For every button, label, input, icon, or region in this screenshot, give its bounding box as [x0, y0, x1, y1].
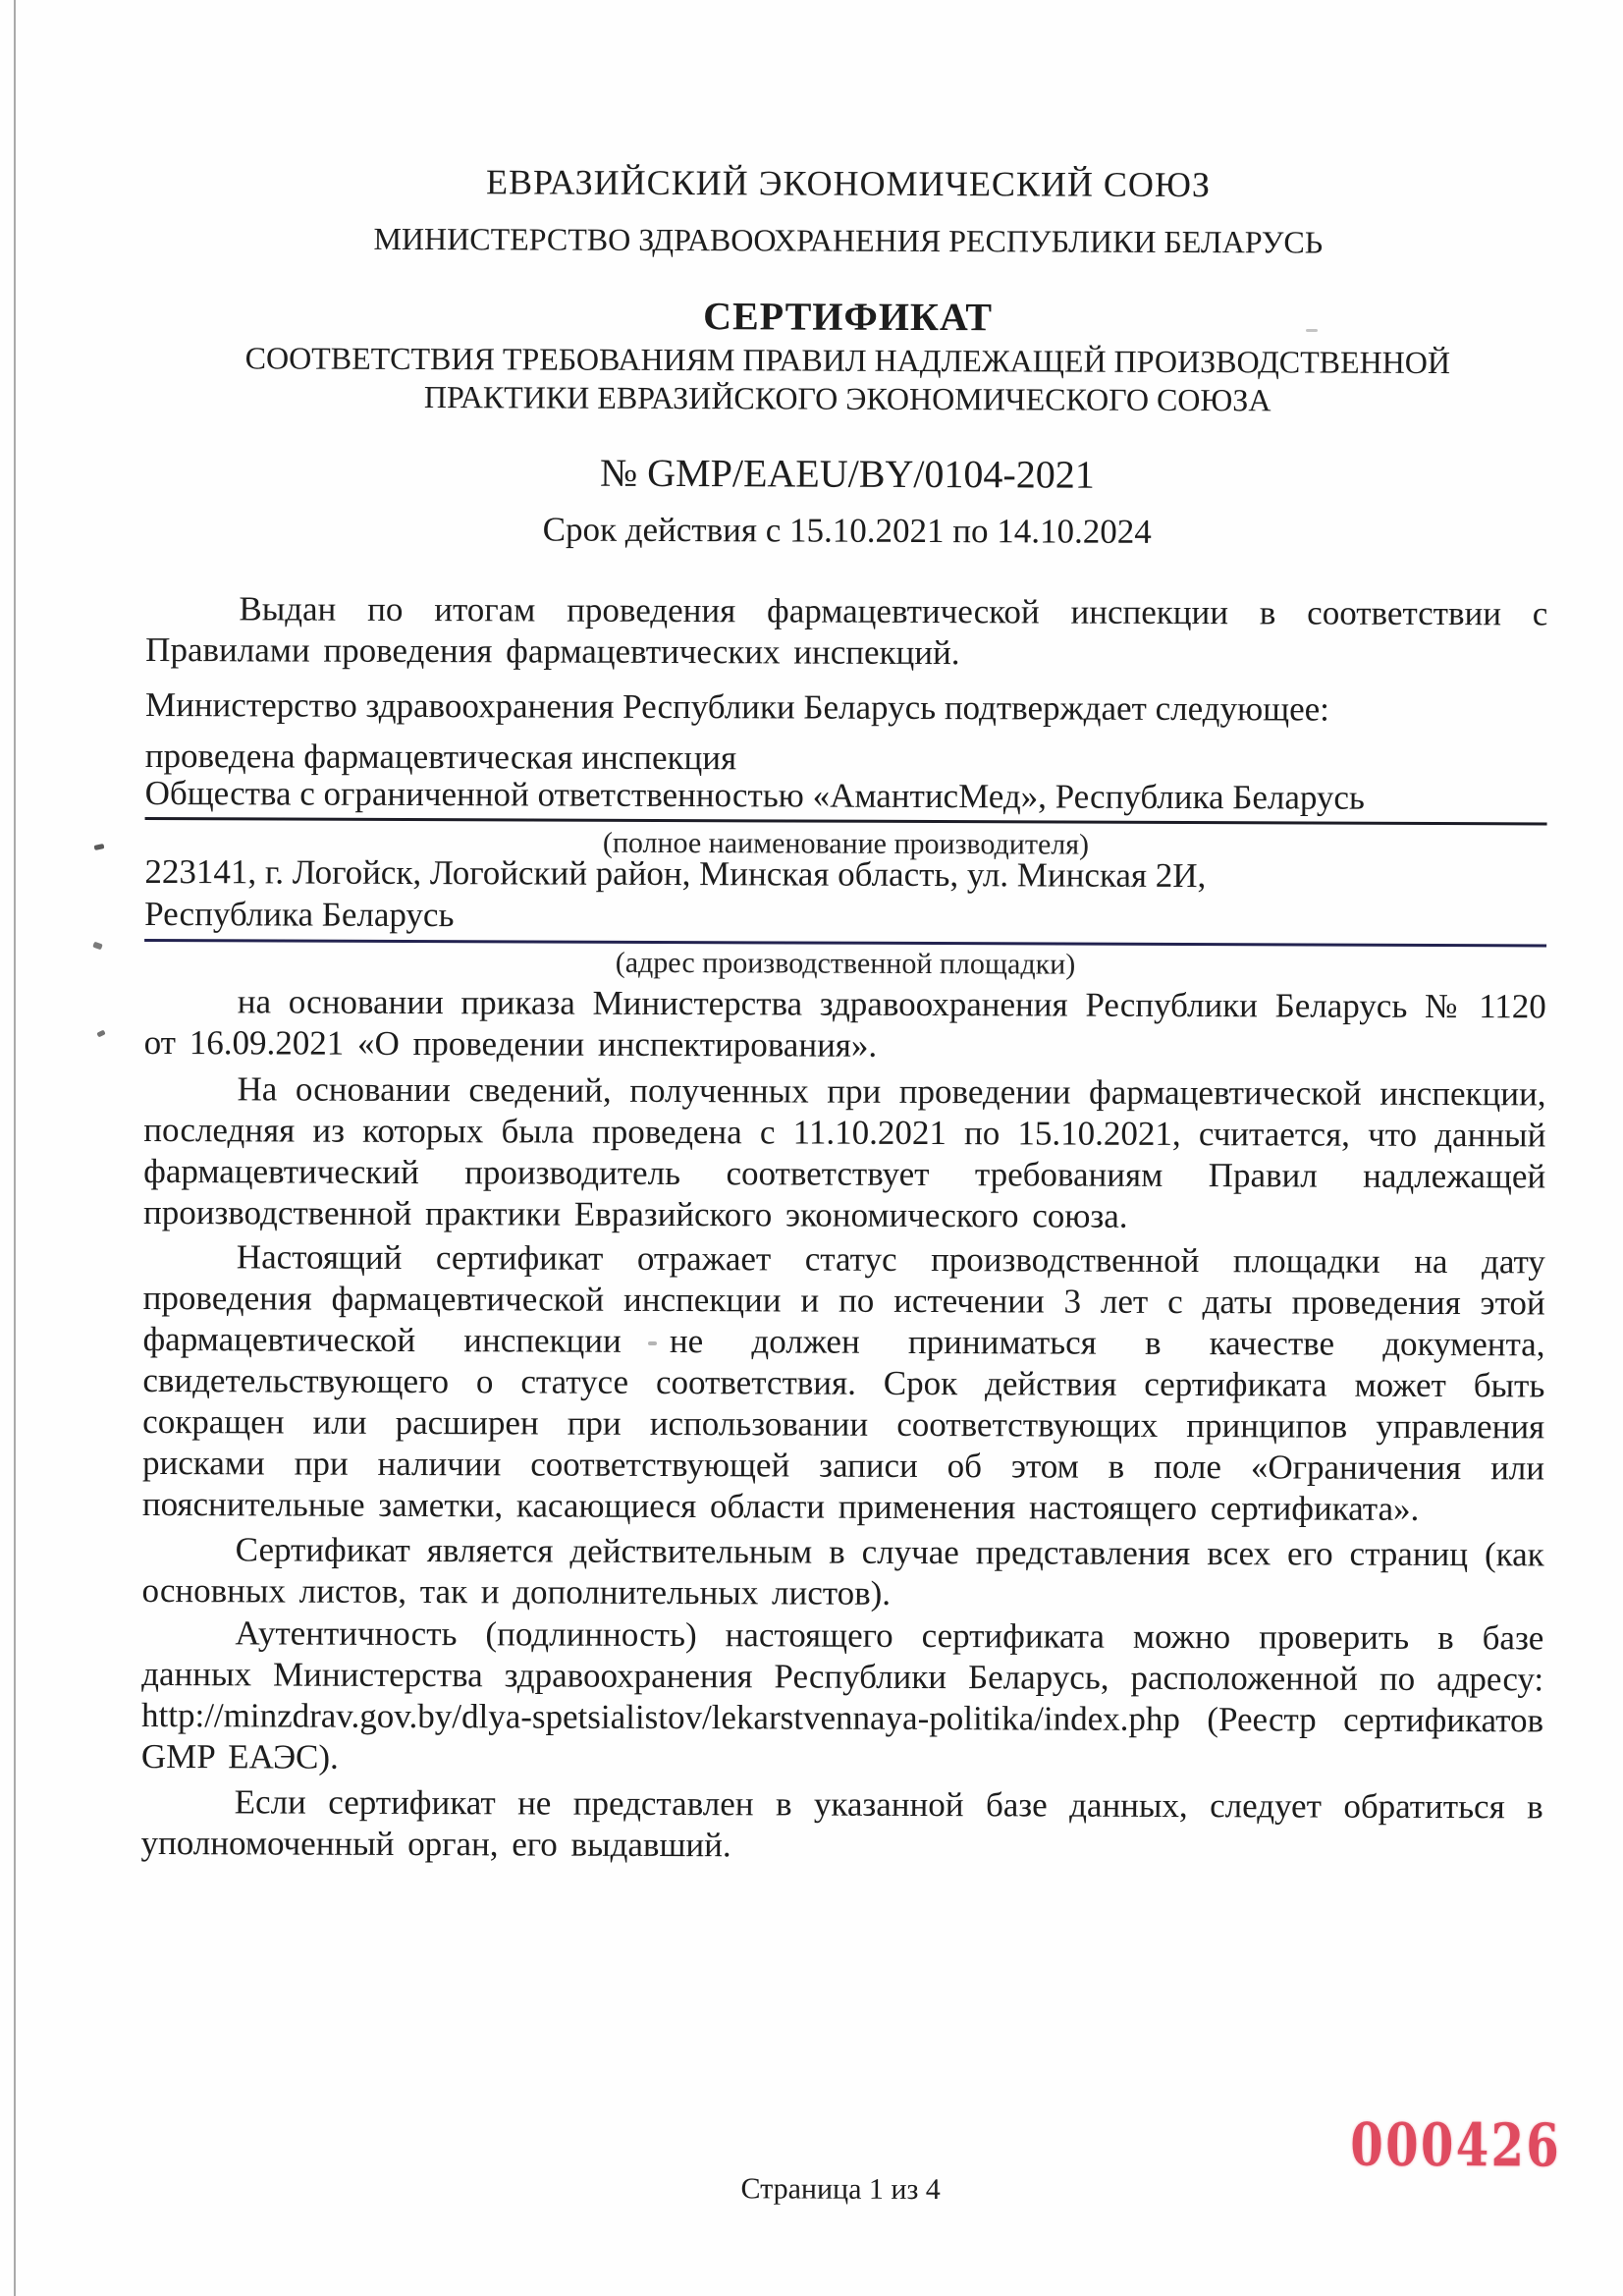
- page-number: Страница 1 из 4: [139, 2169, 1542, 2210]
- inspection-findings-paragraph: На основании сведений, полученных при пр…: [143, 1068, 1546, 1238]
- union-title: ЕВРАЗИЙСКИЙ ЭКОНОМИЧЕСКИЙ СОЮЗ: [147, 159, 1549, 207]
- certificate-number: № GMP/EAEU/BY/0104-2021: [146, 448, 1548, 500]
- stamp-number: 000426: [1350, 2116, 1561, 2176]
- pages-validity-paragraph: Сертификат является действительным в слу…: [141, 1529, 1543, 1616]
- not-in-database-paragraph: Если сертификат не представлен в указанн…: [140, 1781, 1542, 1869]
- ministry-title: МИНИСТЕРСТВО ЗДРАВООХРАНЕНИЯ РЕСПУБЛИКИ …: [147, 218, 1549, 262]
- certificate-subtitle-line2: ПРАКТИКИ ЕВРАЗИЙСКОГО ЭКОНОМИЧЕСКОГО СОЮ…: [146, 377, 1548, 420]
- authenticity-paragraph: Аутентичность (подлинность) настоящего с…: [141, 1613, 1544, 1782]
- certificate-title: СЕРТИФИКАТ: [146, 291, 1548, 343]
- site-address-line1: 223141, г. Логойск, Логойский район, Мин…: [144, 850, 1546, 898]
- validity-period: Срок действия с 15.10.2021 по 14.10.2024: [146, 507, 1548, 555]
- order-basis-paragraph: на основании приказа Министерства здраво…: [144, 981, 1546, 1068]
- site-address-block: 223141, г. Логойск, Логойский район, Мин…: [144, 850, 1546, 947]
- certificate-page: ЕВРАЗИЙСКИЙ ЭКОНОМИЧЕСКИЙ СОЮЗ МИНИСТЕРС…: [0, 0, 1623, 2296]
- manufacturer-name-line: Общества с ограниченной ответственностью…: [145, 773, 1547, 825]
- certificate-subtitle-line1: СООТВЕТСТВИЯ ТРЕБОВАНИЯМ ПРАВИЛ НАДЛЕЖАЩ…: [146, 339, 1548, 382]
- certificate-subtitle: СООТВЕТСТВИЯ ТРЕБОВАНИЯМ ПРАВИЛ НАДЛЕЖАЩ…: [146, 339, 1548, 420]
- site-address-line2: Республика Беларусь: [144, 893, 1546, 940]
- ministry-confirms-line: Министерство здравоохранения Республики …: [145, 684, 1547, 731]
- document-content: ЕВРАЗИЙСКИЙ ЭКОНОМИЧЕСКИЙ СОЮЗ МИНИСТЕРС…: [0, 0, 1623, 2296]
- status-note-paragraph: Настоящий сертификат отражает статус про…: [142, 1236, 1545, 1530]
- issued-paragraph: Выдан по итогам проведения фармацевтичес…: [145, 588, 1547, 676]
- address-caption: (адрес производственной площадки): [144, 945, 1546, 983]
